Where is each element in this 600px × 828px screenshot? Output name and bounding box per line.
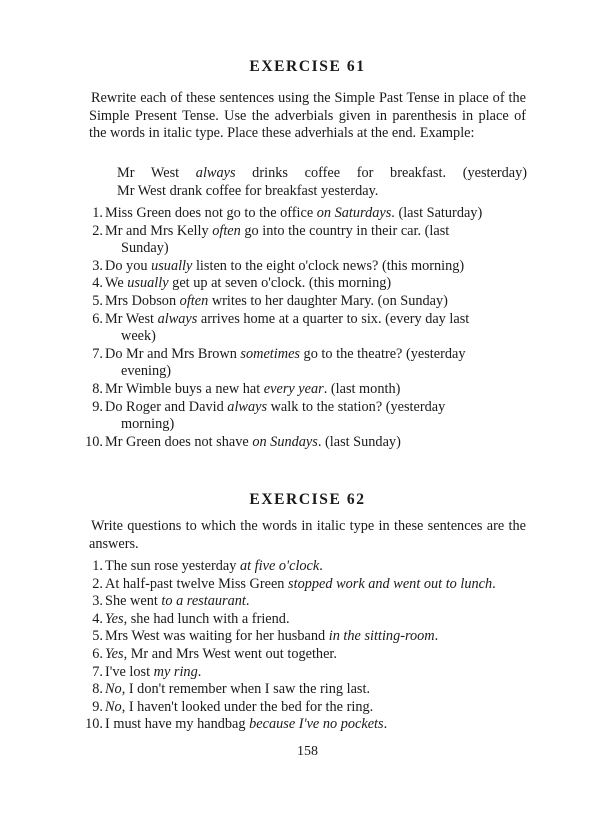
list-item: 7.Do Mr and Mrs Brown sometimes go to th… xyxy=(89,346,526,381)
exercise-62-instructions: Write questions to which the words in it… xyxy=(89,518,526,553)
list-item: 3.She went to a restaurant. xyxy=(89,593,526,611)
exercise-62-list: 1.The sun rose yesterday at five o'clock… xyxy=(89,558,526,734)
list-item: 2.Mr and Mrs Kelly often go into the cou… xyxy=(89,223,526,258)
list-item: 7.I've lost my ring. xyxy=(89,664,526,682)
exercise-61-example: Mr West always drinks coffee for breakfa… xyxy=(117,165,527,200)
list-item: 8.No, I don't remember when I saw the ri… xyxy=(89,681,526,699)
list-item: 1.The sun rose yesterday at five o'clock… xyxy=(89,558,526,576)
exercise-61-title: EXERCISE 61 xyxy=(89,58,526,76)
list-item: 5.Mrs West was waiting for her husband i… xyxy=(89,628,526,646)
example-answer: Mr West drank coffee for breakfast yeste… xyxy=(117,183,527,201)
list-item: 3.Do you usually listen to the eight o'c… xyxy=(89,258,526,276)
list-item: 6.Mr West always arrives home at a quart… xyxy=(89,311,526,346)
exercise-61-instructions: Rewrite each of these sentences using th… xyxy=(89,90,526,143)
page-number: 158 xyxy=(89,744,526,760)
list-item: 10.Mr Green does not shave on Sundays. (… xyxy=(89,434,526,452)
list-item: 9.Do Roger and David always walk to the … xyxy=(89,399,526,434)
list-item: 4.We usually get up at seven o'clock. (t… xyxy=(89,275,526,293)
list-item: 1.Miss Green does not go to the office o… xyxy=(89,205,526,223)
list-item: 4.Yes, she had lunch with a friend. xyxy=(89,611,526,629)
list-item: 5.Mrs Dobson often writes to her daughte… xyxy=(89,293,526,311)
list-item: 10.I must have my handbag because I've n… xyxy=(89,716,526,734)
example-sentence: Mr West always drinks coffee for breakfa… xyxy=(117,165,527,183)
list-item: 2.At half-past twelve Miss Green stopped… xyxy=(89,576,526,594)
list-item: 6.Yes, Mr and Mrs West went out together… xyxy=(89,646,526,664)
exercise-62-title: EXERCISE 62 xyxy=(89,491,526,509)
list-item: 9.No, I haven't looked under the bed for… xyxy=(89,699,526,717)
list-item: 8.Mr Wimble buys a new hat every year. (… xyxy=(89,381,526,399)
exercise-61-list: 1.Miss Green does not go to the office o… xyxy=(89,205,526,451)
